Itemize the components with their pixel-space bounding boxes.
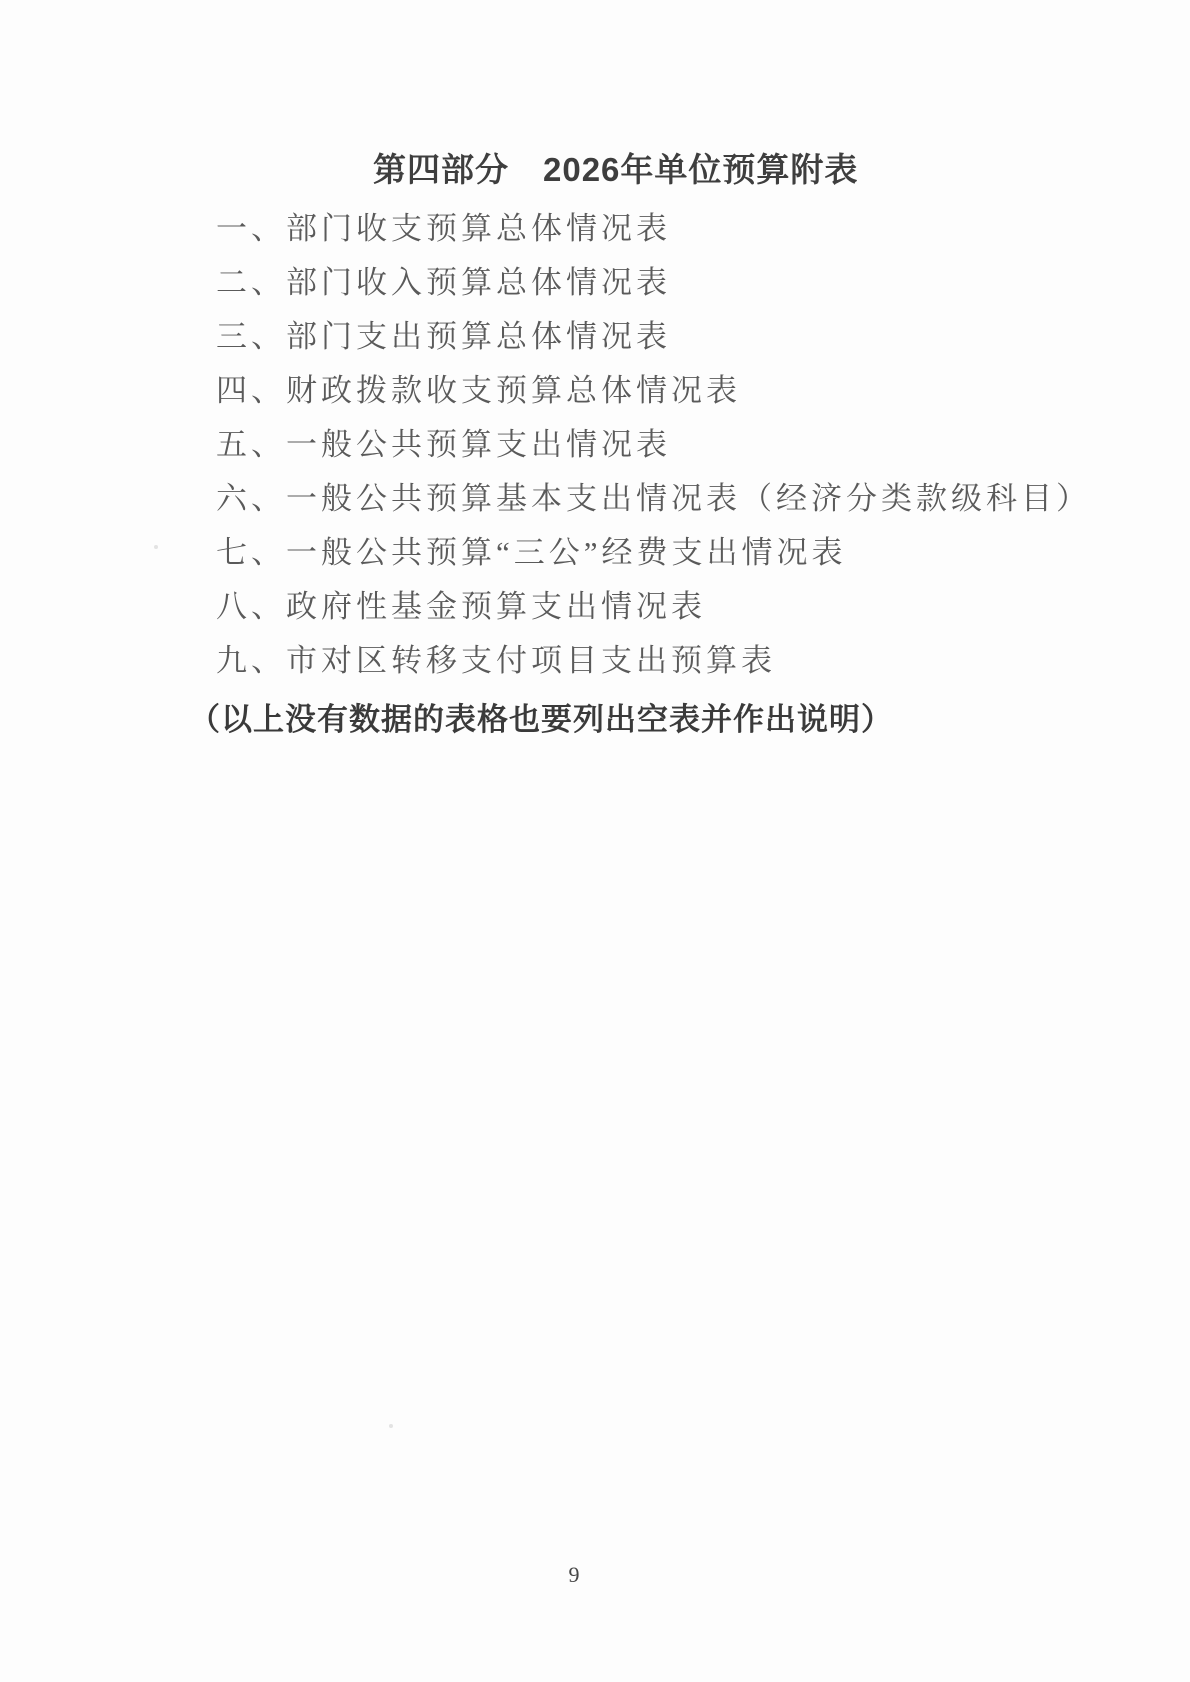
toc-item: 六、一般公共预算基本支出情况表（经济分类款级科目） — [216, 472, 1091, 526]
toc-item: 二、部门收入预算总体情况表 — [216, 256, 1091, 310]
scan-speck — [154, 545, 158, 549]
toc-item: 三、部门支出预算总体情况表 — [216, 310, 1091, 364]
toc-item: 一、部门收支预算总体情况表 — [216, 202, 1091, 256]
toc-item: 五、一般公共预算支出情况表 — [216, 418, 1091, 472]
scan-speck — [389, 1424, 393, 1428]
table-of-contents: 一、部门收支预算总体情况表 二、部门收入预算总体情况表 三、部门支出预算总体情况… — [216, 202, 1091, 688]
page-number: 9 — [0, 1562, 1148, 1588]
toc-item: 七、一般公共预算“三公”经费支出情况表 — [216, 526, 1091, 580]
toc-item: 八、政府性基金预算支出情况表 — [216, 580, 1091, 634]
note-line: （以上没有数据的表格也要列出空表并作出说明） — [189, 697, 893, 743]
toc-item: 九、市对区转移支付项目支出预算表 — [216, 634, 1091, 688]
toc-item: 四、财政拨款收支预算总体情况表 — [216, 364, 1091, 418]
section-title: 第四部分 2026年单位预算附表 — [373, 148, 858, 192]
document-page: 第四部分 2026年单位预算附表 一、部门收支预算总体情况表 二、部门收入预算总… — [0, 0, 1190, 1682]
